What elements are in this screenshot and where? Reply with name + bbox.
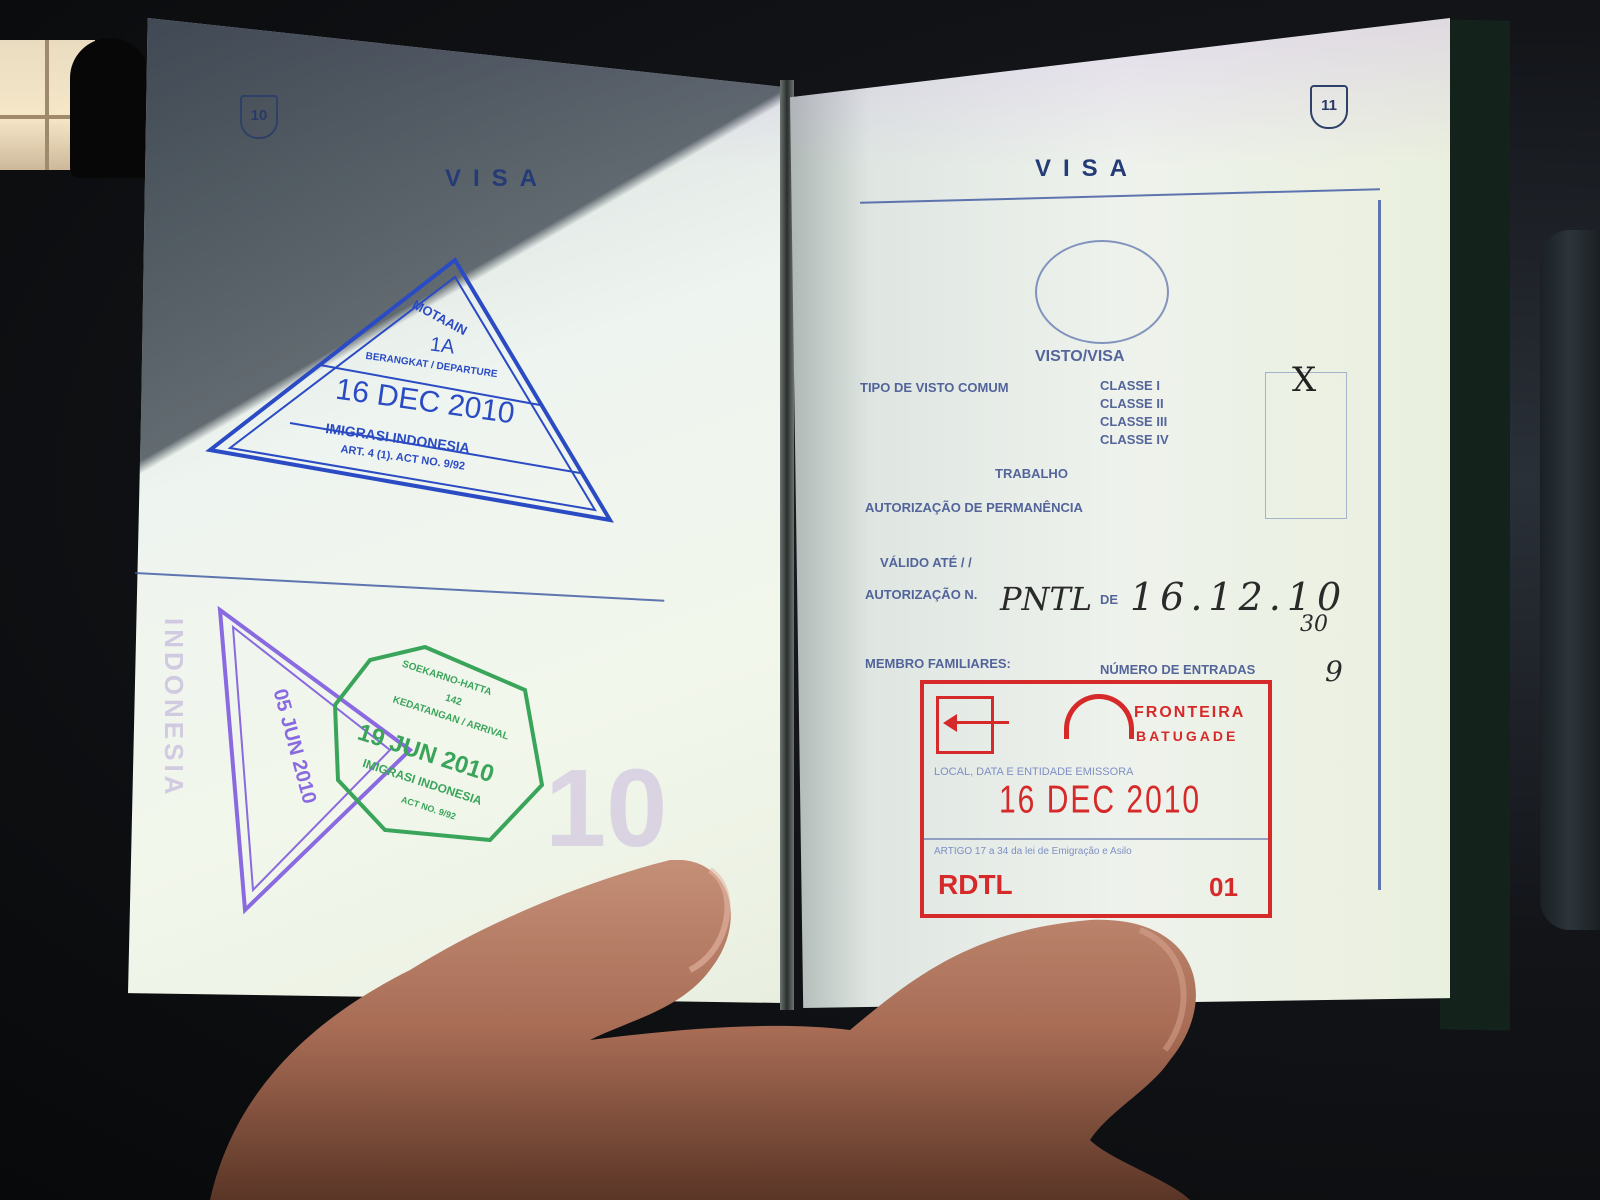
class-4: CLASSE IV bbox=[1100, 432, 1169, 447]
handwritten-authorization: PNTL bbox=[1000, 580, 1092, 618]
class-1: CLASSE I bbox=[1100, 378, 1160, 393]
person-silhouette bbox=[70, 38, 150, 178]
passport-cover bbox=[1440, 19, 1510, 1030]
visa-title-right: VISA bbox=[1035, 155, 1139, 183]
handwritten-entries: 9 bbox=[1325, 655, 1343, 688]
valid-until-label: VÁLIDO ATÉ / / bbox=[880, 555, 972, 570]
exit-arrow-icon bbox=[936, 696, 994, 754]
de-label: DE bbox=[1100, 592, 1118, 607]
visa-frame-right bbox=[1378, 200, 1381, 890]
place-date-label: LOCAL, DATA E ENTIDADE EMISSORA bbox=[934, 766, 1133, 778]
border-post-2: BATUGADE bbox=[1136, 728, 1238, 744]
class-2: CLASSE II bbox=[1100, 396, 1164, 411]
arrival-stamp: SOEKARNO-HATTA 142 KEDATANGAN / ARRIVAL … bbox=[330, 645, 545, 845]
class-3: CLASSE III bbox=[1100, 414, 1167, 429]
work-label: TRABALHO bbox=[995, 466, 1068, 481]
legal-label: ARTIGO 17 a 34 da lei de Emigração e Asi… bbox=[934, 846, 1132, 857]
divider bbox=[924, 838, 1268, 840]
stamp-code: 1A bbox=[429, 333, 456, 359]
family-label: MEMBRO FAMILIARES: bbox=[865, 656, 1011, 671]
officer-number: 01 bbox=[1209, 872, 1238, 903]
border-post: FRONTEIRA bbox=[1134, 704, 1245, 722]
departure-stamp: MOTAAIN 1A BERANGKAT / DEPARTURE 16 DEC … bbox=[205, 255, 615, 525]
page-number-left: 10 bbox=[240, 95, 278, 139]
visa-title-left: VISA bbox=[445, 165, 549, 193]
visa-type-label: TIPO DE VISTO COMUM bbox=[860, 380, 1009, 395]
handwritten-days: 30 bbox=[1300, 612, 1328, 637]
emblem-icon bbox=[1064, 694, 1134, 739]
page-number-right: 11 bbox=[1310, 85, 1348, 129]
authorization-label: AUTORIZAÇÃO N. bbox=[865, 587, 977, 602]
entries-label: NÚMERO DE ENTRADAS bbox=[1100, 662, 1255, 677]
permanence-label: AUTORIZAÇÃO DE PERMANÊNCIA bbox=[865, 500, 1083, 515]
watermark-number: 10 bbox=[545, 745, 667, 872]
stamp-date: 16 DEC 2010 bbox=[999, 779, 1201, 823]
car-seat bbox=[1540, 230, 1600, 930]
handwritten-mark: X bbox=[1292, 360, 1316, 400]
coat-of-arms-icon bbox=[1035, 240, 1169, 344]
hand bbox=[210, 860, 1210, 1200]
visa-heading: VISTO/VISA bbox=[1035, 348, 1125, 366]
